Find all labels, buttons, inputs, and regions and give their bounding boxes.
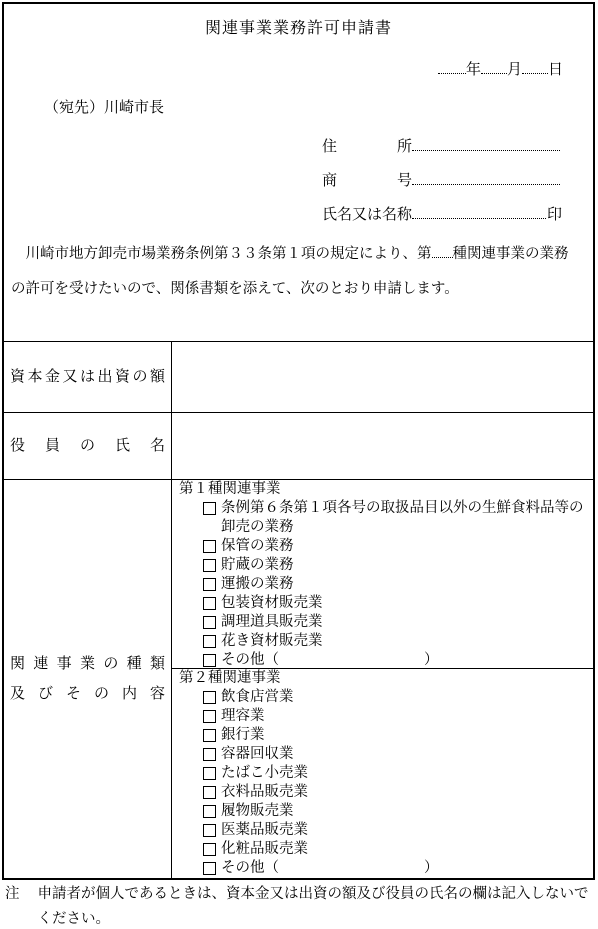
checkbox-item[interactable]: 化粧品販売業 [203,840,593,859]
address-label: 住 所 [322,138,412,155]
checkbox-item[interactable]: 条例第６条第１項各号の取扱品目以外の生鮮食料品等の卸売の業務 [203,499,593,537]
address-row: 住 所 [322,130,562,164]
footnote: 注 申請者が個人であるときは、資本金又は出資の額及び役員の氏名の欄は記入しないで… [5,882,596,929]
checkbox-label: 理容業 [221,707,265,726]
officers-label-cell: 役員の氏名 [4,413,172,479]
capital-row: 資本金又は出資の額 [4,342,593,413]
date-year-label: 年 [466,61,481,78]
checkbox-item[interactable]: 容器回収業 [203,745,593,764]
business-type-row: 関連事業の種類 及びその内容 第１種関連事業 条例第６条第１項各号の取扱品目以外… [4,480,593,878]
checkbox-icon[interactable] [203,635,216,648]
business-type-label-cell: 関連事業の種類 及びその内容 [4,480,172,878]
date-day-blank[interactable] [522,59,548,74]
date-month-label: 月 [507,61,522,78]
checkbox-label: 銀行業 [221,726,265,745]
checkbox-icon[interactable] [203,710,216,723]
checkbox-label: 化粧品販売業 [221,840,308,859]
checkbox-item[interactable]: 飲食店営業 [203,688,593,707]
form-title: 関連事業業務許可申請書 [4,15,593,38]
capital-label-cell: 資本金又は出資の額 [4,342,172,412]
checkbox-label: 容器回収業 [221,745,294,764]
checkbox-label: その他（ ） [221,651,439,669]
trade-name-blank[interactable] [412,170,560,185]
statement-line-1-post: 種関連事業の業務 [453,246,569,262]
officers-label: 役員の氏名 [10,431,165,461]
footnote-marker: 注 [5,882,20,929]
capital-value-cell[interactable] [172,342,593,412]
checkbox-label: たばこ小売業 [221,764,308,783]
checkbox-label: 包装資材販売業 [221,594,323,613]
category2-section: 第２種関連事業 飲食店営業 理容業 銀行業 容器回収業 たばこ小売業 衣料品販売… [172,669,593,878]
checkbox-label: 花き資材販売業 [221,632,323,651]
capital-label: 資本金又は出資の額 [10,362,165,392]
checkbox-item[interactable]: 衣料品販売業 [203,783,593,802]
checkbox-icon[interactable] [203,691,216,704]
business-type-value-cell: 第１種関連事業 条例第６条第１項各号の取扱品目以外の生鮮食料品等の卸売の業務 保… [172,480,593,878]
statement-line-1: 川崎市地方卸売市場業務条例第３３条第１項の規定により、第種関連事業の業務 [11,237,587,272]
checkbox-label: 保管の業務 [221,537,294,556]
checkbox-icon[interactable] [203,654,216,667]
address-blank[interactable] [412,136,560,151]
business-type-label-line1: 関連事業の種類 [10,649,165,679]
checkbox-item[interactable]: その他（ ） [203,651,593,669]
checkbox-label: その他（ ） [221,859,439,878]
date-day-label: 日 [548,61,563,78]
category1-header: 第１種関連事業 [172,480,593,499]
date-year-blank[interactable] [438,59,466,74]
trade-name-label: 商 号 [322,172,412,189]
checkbox-item[interactable]: 花き資材販売業 [203,632,593,651]
checkbox-item[interactable]: その他（ ） [203,859,593,878]
statement-line-2: の許可を受けたいので、関係書類を添えて、次のとおり申請します。 [11,272,587,307]
business-type-label-line2: 及びその内容 [10,679,165,709]
checkbox-label: 医薬品販売業 [221,821,308,840]
application-statement: 川崎市地方卸売市場業務条例第３３条第１項の規定により、第種関連事業の業務 の許可… [11,237,587,307]
date-month-blank[interactable] [481,59,507,74]
category-number-blank[interactable] [432,243,453,258]
checkbox-label: 履物販売業 [221,802,294,821]
seal-label: 印 [547,206,562,223]
checkbox-icon[interactable] [203,616,216,629]
category2-header: 第２種関連事業 [172,669,593,688]
category1-section: 第１種関連事業 条例第６条第１項各号の取扱品目以外の生鮮食料品等の卸売の業務 保… [172,480,593,669]
trade-name-row: 商 号 [322,164,562,198]
checkbox-item[interactable]: 保管の業務 [203,537,593,556]
checkbox-label: 運搬の業務 [221,575,294,594]
checkbox-item[interactable]: 運搬の業務 [203,575,593,594]
checkbox-item[interactable]: 調理道具販売業 [203,613,593,632]
checkbox-icon[interactable] [203,805,216,818]
checkbox-icon[interactable] [203,843,216,856]
recipient-line: （宛先）川崎市長 [44,96,164,117]
name-label: 氏名又は名称 [322,206,412,223]
footnote-text: 申請者が個人であるときは、資本金又は出資の額及び役員の氏名の欄は記入しないでくだ… [38,882,594,929]
checkbox-icon[interactable] [203,578,216,591]
checkbox-icon[interactable] [203,824,216,837]
name-row: 氏名又は名称印 [322,198,562,232]
checkbox-item[interactable]: 履物販売業 [203,802,593,821]
statement-line-1-pre: 川崎市地方卸売市場業務条例第３３条第１項の規定により、第 [11,246,432,262]
checkbox-label: 貯蔵の業務 [221,556,294,575]
checkbox-item[interactable]: 医薬品販売業 [203,821,593,840]
officers-row: 役員の氏名 [4,413,593,480]
checkbox-label: 調理道具販売業 [221,613,323,632]
checkbox-icon[interactable] [203,502,216,515]
checkbox-icon[interactable] [203,559,216,572]
checkbox-item[interactable]: 包装資材販売業 [203,594,593,613]
checkbox-label: 条例第６条第１項各号の取扱品目以外の生鮮食料品等の卸売の業務 [221,499,587,537]
checkbox-icon[interactable] [203,786,216,799]
applicant-block: 住 所 商 号 氏名又は名称印 [322,130,562,232]
checkbox-icon[interactable] [203,862,216,875]
checkbox-icon[interactable] [203,748,216,761]
checkbox-item[interactable]: 貯蔵の業務 [203,556,593,575]
checkbox-item[interactable]: たばこ小売業 [203,764,593,783]
officers-value-cell[interactable] [172,413,593,479]
checkbox-item[interactable]: 理容業 [203,707,593,726]
checkbox-label: 衣料品販売業 [221,783,308,802]
checkbox-icon[interactable] [203,597,216,610]
checkbox-label: 飲食店営業 [221,688,294,707]
application-table: 資本金又は出資の額 役員の氏名 関連事業の種類 及びその内容 第１種関連事業 条… [4,341,593,878]
form-sheet: 関連事業業務許可申請書 年月日 （宛先）川崎市長 住 所 商 号 氏名又は名称印… [2,2,595,880]
checkbox-icon[interactable] [203,729,216,742]
checkbox-icon[interactable] [203,540,216,553]
checkbox-icon[interactable] [203,767,216,780]
date-line: 年月日 [438,58,563,79]
name-blank[interactable] [412,204,546,219]
checkbox-item[interactable]: 銀行業 [203,726,593,745]
